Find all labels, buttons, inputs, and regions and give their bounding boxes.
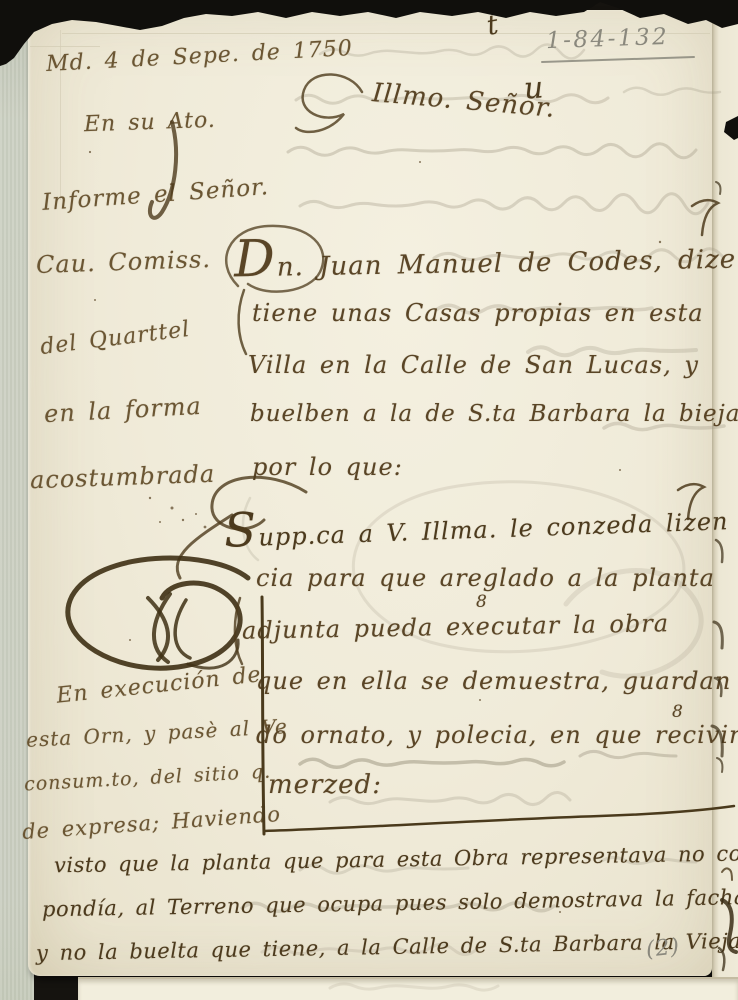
petition-line: merzed:	[268, 772, 382, 798]
ink-u-mark: u	[523, 73, 545, 104]
next-leaf-edge	[78, 977, 738, 1000]
petition-line: cia para que areglado a la planta	[256, 566, 715, 590]
archival-reference: 1-84-132	[546, 26, 670, 53]
margin-note-comisario: Cau. Comiss.	[36, 247, 212, 277]
consulta-note: En su Ato.	[84, 110, 217, 137]
body-line: Villa en la Calle de San Lucas, y	[248, 353, 699, 377]
petition-line: do ornato, y polecia, en que recivirà	[256, 723, 738, 747]
manuscript-scan: Md. 4 de Sepe. de 1750 En su Ato. Illmo.…	[0, 0, 738, 1000]
body-line: Dn. Juan Manuel de Codes, dize	[234, 226, 737, 285]
under-leaf-edge	[30, 46, 100, 47]
body-line: buelben a la de S.ta Barbara la bieja	[250, 403, 738, 426]
body-line: tiene unas Casas propias en esta	[252, 301, 704, 325]
insertion-mark: 8	[476, 594, 488, 611]
petition-line: que en ella se demuestra, guardan	[256, 669, 731, 693]
margin-note-acostumbrada: acostumbrada	[30, 462, 216, 492]
page-number: (2)	[645, 936, 681, 961]
insertion-mark: 8	[672, 704, 684, 721]
body-line: por lo que:	[252, 455, 403, 479]
petition-line: adjunta pueda executar la obra	[242, 611, 669, 642]
